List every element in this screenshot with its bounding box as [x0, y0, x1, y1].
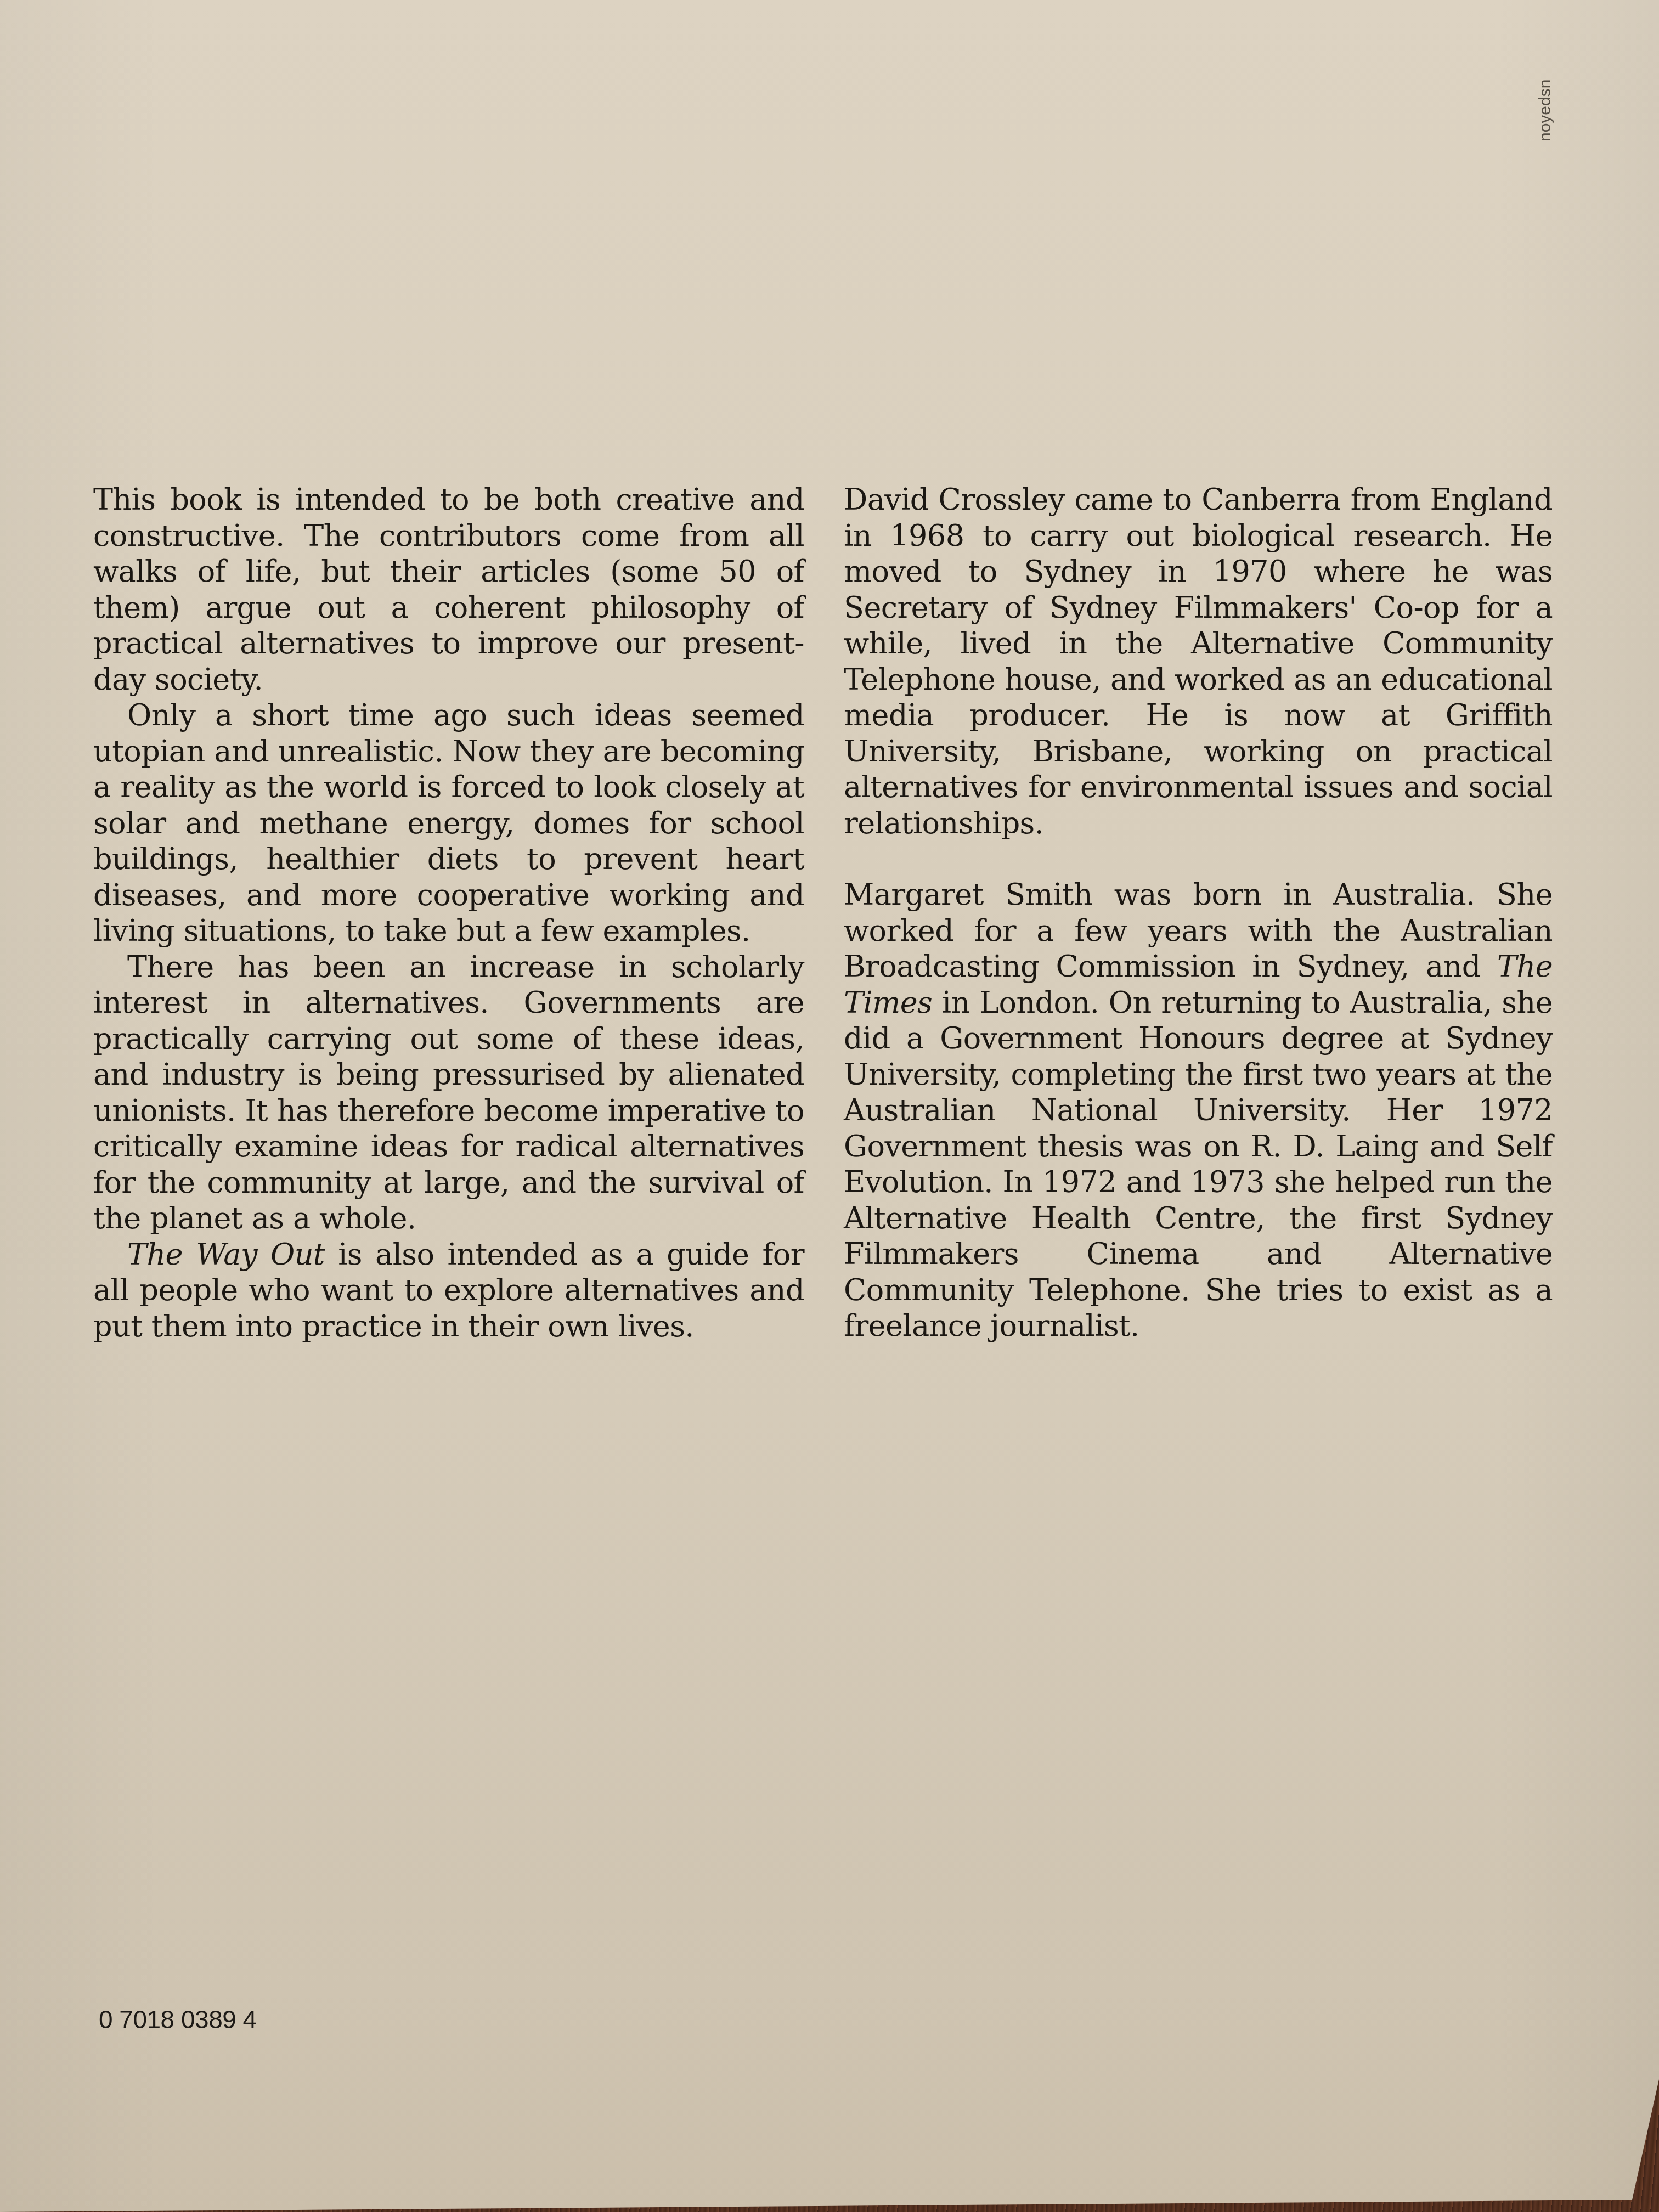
book-title-italic: The Way Out: [127, 1237, 325, 1272]
blurb-paragraph-2: Only a short time ago such ideas seemed …: [93, 697, 804, 949]
author-bios-column: David Crossley came to Canberra from Eng…: [844, 482, 1553, 1344]
blurb-column: This book is intended to be both creativ…: [93, 482, 804, 1344]
blurb-paragraph-1: This book is intended to be both creativ…: [93, 482, 804, 697]
bio-margaret-smith-part-2: in London. On returning to Australia, sh…: [844, 985, 1553, 1344]
spine-text-fragment: noyedsn: [1536, 65, 1555, 142]
bio-margaret-smith-part-1: Margaret Smith was born in Australia. Sh…: [844, 877, 1553, 984]
bio-margaret-smith: Margaret Smith was born in Australia. Sh…: [844, 877, 1553, 1344]
blurb-paragraph-4: The Way Out is also intended as a guide …: [93, 1237, 804, 1345]
bio-david-crossley: David Crossley came to Canberra from Eng…: [844, 482, 1553, 841]
isbn-number: 0 7018 0389 4: [99, 2005, 257, 2034]
blurb-paragraph-3: There has been an increase in scholarly …: [93, 949, 804, 1237]
book-back-cover: This book is intended to be both creativ…: [0, 0, 1659, 2212]
